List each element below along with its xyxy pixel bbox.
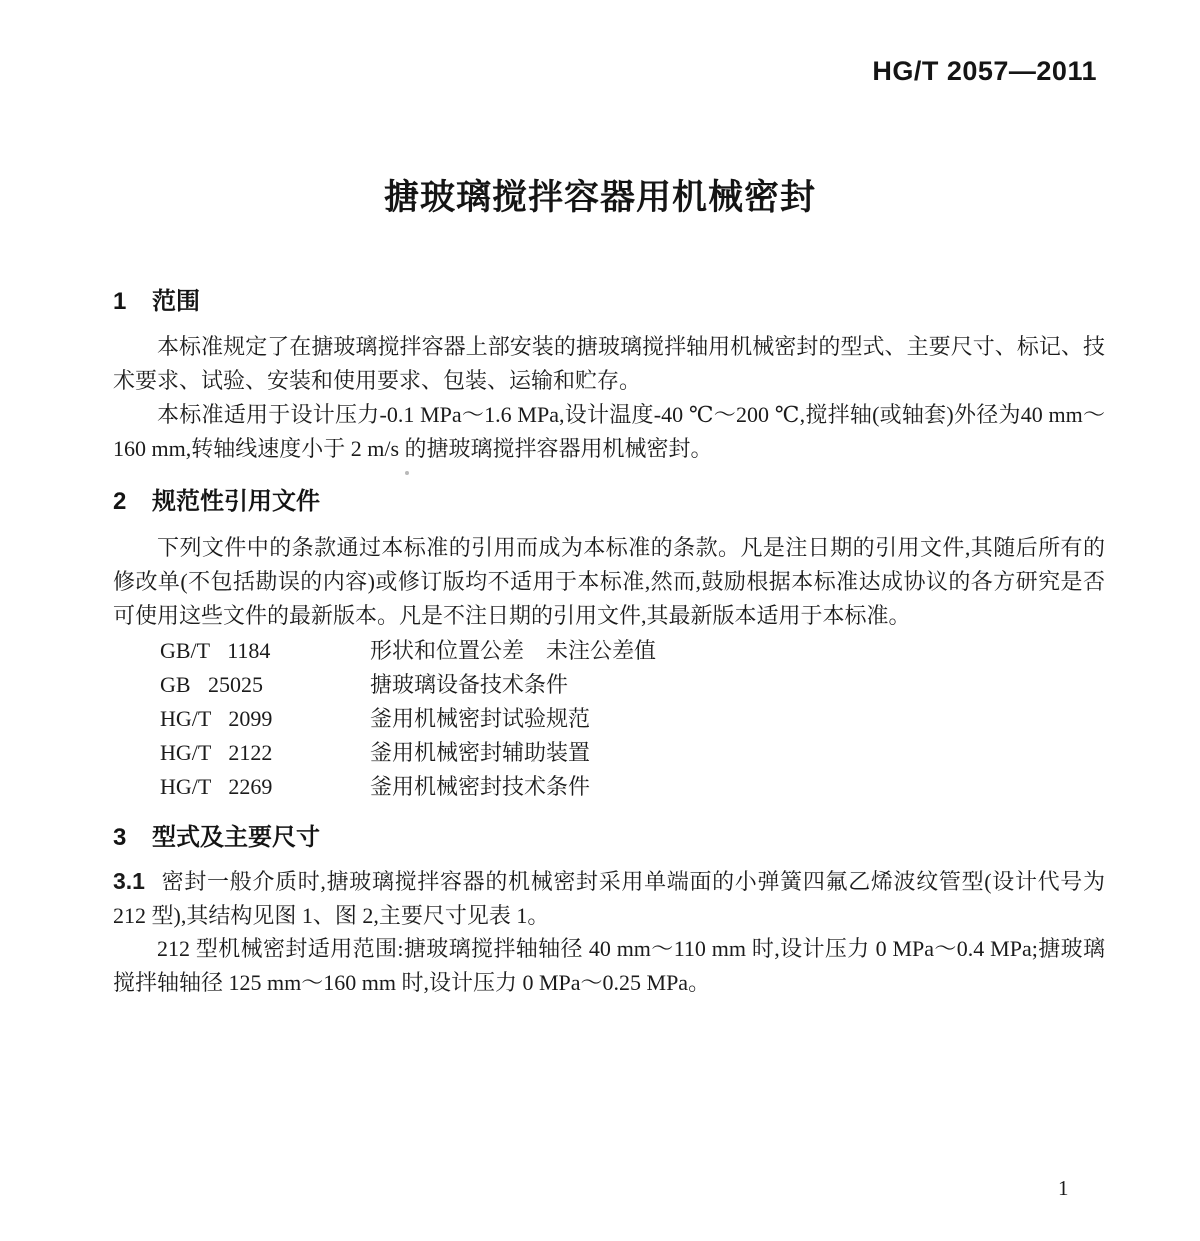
document-title: 搪玻璃搅拌容器用机械密封 <box>0 170 1200 220</box>
section-3-paragraph-1: 212 型机械密封适用范围:搪玻璃搅拌轴轴径 40 mm～110 mm 时,设计… <box>113 932 1105 1000</box>
section-1-paragraph-2: 本标准适用于设计压力-0.1 MPa～1.6 MPa,设计温度-40 ℃～200… <box>113 398 1105 466</box>
reference-code: HG/T 2099 <box>160 702 370 736</box>
clause-3-1: 3.1密封一般介质时,搪玻璃搅拌容器的机械密封采用单端面的小弹簧四氟乙烯波纹管型… <box>113 864 1105 933</box>
reference-item: HG/T 2269釜用机械密封技术条件 <box>113 770 1105 804</box>
reference-title: 搪玻璃设备技术条件 <box>370 672 568 697</box>
reference-code: GB/T 1184 <box>160 634 370 668</box>
page-number: 1 <box>1058 1176 1069 1201</box>
section-2-heading: 2规范性引用文件 <box>113 481 1105 516</box>
section-3-heading: 3型式及主要尺寸 <box>113 817 1105 852</box>
reference-item: GB/T 1184形状和位置公差 未注公差值 <box>113 634 1105 668</box>
section-1-heading: 1范围 <box>113 281 1105 316</box>
reference-title: 釜用机械密封技术条件 <box>370 774 590 799</box>
standard-code: HG/T 2057—2011 <box>872 56 1097 87</box>
section-2-paragraph-1: 下列文件中的条款通过本标准的引用而成为本标准的条款。凡是注日期的引用文件,其随后… <box>113 531 1105 633</box>
reference-code: HG/T 2122 <box>160 736 370 770</box>
scan-speck <box>630 650 633 653</box>
clause-3-1-number: 3.1 <box>113 868 145 894</box>
scan-speck <box>532 759 535 762</box>
reference-item: HG/T 2099釜用机械密封试验规范 <box>113 702 1105 736</box>
reference-item: HG/T 2122釜用机械密封辅助装置 <box>113 736 1105 770</box>
section-2-title: 规范性引用文件 <box>152 488 320 515</box>
reference-title: 釜用机械密封试验规范 <box>370 706 590 731</box>
reference-code: GB 25025 <box>160 668 370 702</box>
section-1-number: 1 <box>113 288 152 316</box>
reference-item: GB 25025搪玻璃设备技术条件 <box>113 668 1105 702</box>
section-2-number: 2 <box>113 488 152 516</box>
section-1-title: 范围 <box>152 288 200 315</box>
reference-code: HG/T 2269 <box>160 770 370 804</box>
section-1-paragraph-1: 本标准规定了在搪玻璃搅拌容器上部安装的搪玻璃搅拌轴用机械密封的型式、主要尺寸、标… <box>113 330 1105 398</box>
normative-references-list: GB/T 1184形状和位置公差 未注公差值 GB 25025搪玻璃设备技术条件… <box>113 634 1105 804</box>
reference-title: 釜用机械密封辅助装置 <box>370 740 590 765</box>
reference-title: 形状和位置公差 未注公差值 <box>370 638 656 663</box>
clause-3-1-text: 密封一般介质时,搪玻璃搅拌容器的机械密封采用单端面的小弹簧四氟乙烯波纹管型(设计… <box>113 869 1105 928</box>
scan-speck <box>405 471 409 475</box>
document-page: HG/T 2057—2011 搪玻璃搅拌容器用机械密封 1范围 本标准规定了在搪… <box>0 0 1200 1241</box>
section-3-title: 型式及主要尺寸 <box>152 824 320 851</box>
section-3-number: 3 <box>113 824 152 852</box>
